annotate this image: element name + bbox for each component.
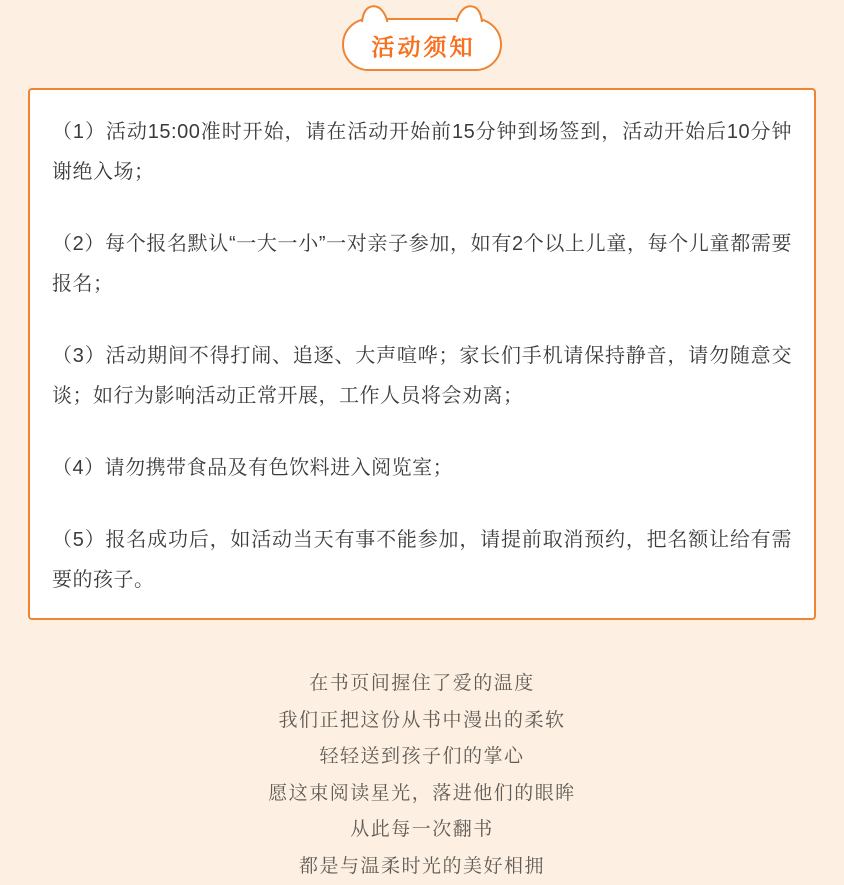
- poem-line-3: 轻轻送到孩子们的掌心: [0, 739, 844, 776]
- poem-line-1: 在书页间握住了爱的温度: [0, 666, 844, 703]
- poem: 在书页间握住了爱的温度 我们正把这份从书中漫出的柔软 轻轻送到孩子们的掌心 愿这…: [0, 666, 844, 885]
- notice-badge: 活动须知: [342, 4, 502, 72]
- notice-item-1: （1）活动15:00准时开始，请在活动开始前15分钟到场签到，活动开始后10分钟…: [52, 112, 792, 192]
- poem-line-4: 愿这束阅读星光，落进他们的眼眸: [0, 776, 844, 813]
- notice-item-3: （3）活动期间不得打闹、追逐、大声喧哗；家长们手机请保持静音，请勿随意交谈；如行…: [52, 336, 792, 416]
- poem-line-5: 从此每一次翻书: [0, 812, 844, 849]
- poem-line-6: 都是与温柔时光的美好相拥: [0, 849, 844, 885]
- poem-line-2: 我们正把这份从书中漫出的柔软: [0, 703, 844, 740]
- notice-item-4: （4）请勿携带食品及有色饮料进入阅览室；: [52, 448, 792, 488]
- notice-item-5: （5）报名成功后，如活动当天有事不能参加，请提前取消预约，把名额让给有需要的孩子…: [52, 520, 792, 600]
- notice-box: （1）活动15:00准时开始，请在活动开始前15分钟到场签到，活动开始后10分钟…: [28, 88, 816, 620]
- notice-badge-label: 活动须知: [342, 20, 502, 70]
- page: 活动须知 （1）活动15:00准时开始，请在活动开始前15分钟到场签到，活动开始…: [0, 0, 844, 885]
- notice-item-2: （2）每个报名默认“一大一小”一对亲子参加，如有2个以上儿童，每个儿童都需要报名…: [52, 224, 792, 304]
